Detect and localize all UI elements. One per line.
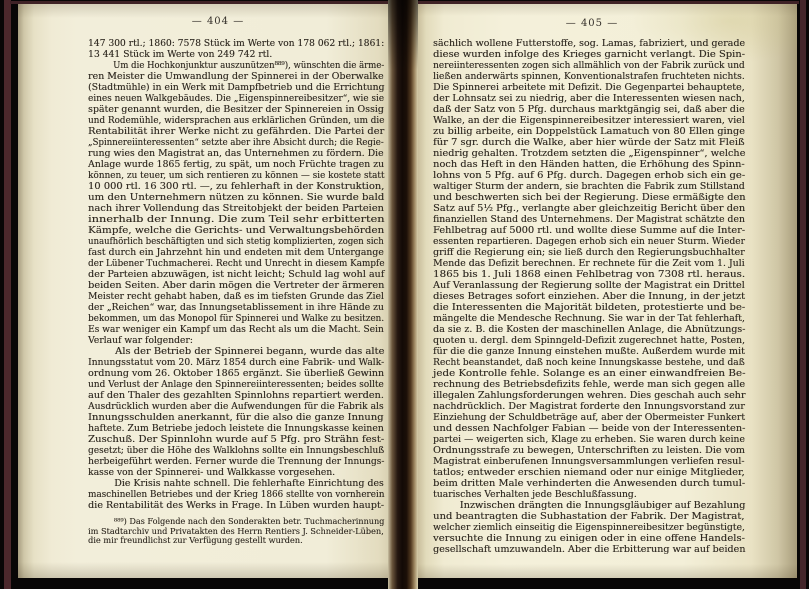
text-line: Satz auf 5½ Pfg., verlangte aber gleichz…: [433, 203, 745, 214]
text-line: der „Reichen“ war, das Innungsetablissem…: [88, 302, 384, 313]
text-line: für 7 sgr. durch die Walke, aber hier wü…: [433, 137, 745, 148]
text-line: um den Unternehmern nützen zu können. Si…: [88, 192, 384, 203]
text-line: bekommen, um das Monopol für Spinnerei u…: [88, 313, 384, 324]
text-line: (Stadtmühle) in ein Werk mit Dampfbetrie…: [88, 82, 384, 93]
page-left-footnote: ⁸⁸⁹) Das Folgende nach den Sonderakten b…: [88, 517, 384, 546]
text-line: nereiinteressenten zogen sich allmählich…: [433, 60, 745, 71]
text-line: da sie z. B. die Kosten der maschinellen…: [433, 324, 745, 335]
text-line: nach ihrer Vollendung das Streitobjekt d…: [88, 203, 384, 214]
text-line: innerhalb der Innung. Die zum Teil sehr …: [88, 214, 384, 225]
text-line: finanziellen Stand des Unternehmens. Der…: [433, 214, 745, 225]
text-line: Recht beanstandet, daß noch keine Innung…: [433, 357, 745, 368]
text-line: Verlauf war folgender:: [88, 335, 384, 346]
text-line: haftete. Zum Betriebe jedoch leistete di…: [88, 423, 384, 434]
text-line: Innungsschulden anerkannt, für die also …: [88, 412, 384, 423]
text-line: Innungsstatut vom 20. März 1854 durch ei…: [88, 357, 384, 368]
text-line: und beschwerten sich bei der Regierung. …: [433, 192, 745, 203]
text-line: Magistrat einberufenen Innungsversammlun…: [433, 456, 745, 467]
text-line: der Lübener Tuchmacherei. Recht und Unre…: [88, 258, 384, 269]
text-line: Fehlbetrag auf 5000 rtl. und wollte dies…: [433, 225, 745, 236]
text-line: später genannt wurden, die Besitzer der …: [88, 104, 384, 115]
text-line: die mir freundlichst zur Verfügung geste…: [88, 536, 384, 546]
text-line: Inzwischen drängten die Innungsgläubiger…: [433, 500, 745, 511]
text-line: Anlage wurde 1865 fertig, zu spät, um no…: [88, 159, 384, 170]
book-spine-shadow: [388, 0, 418, 589]
text-line: Rentabilität ihrer Werke nicht zu gefähr…: [88, 126, 384, 137]
text-line: tuarisches Verhalten jede Beschlußfassun…: [433, 489, 745, 500]
text-line: können, zu teuer, um sich rentieren zu k…: [88, 170, 384, 181]
text-line: Ordnungsstrafe zu bewegen, Unterschrifte…: [433, 445, 745, 456]
text-line: der Parteien abzuwägen, ist nicht leicht…: [88, 269, 384, 280]
page-number-left: — 404 —: [148, 16, 288, 27]
text-line: Um die Hochkonjunktur auszunützen⁸⁸⁹), w…: [88, 60, 384, 71]
text-line: 13 441 Stück im Werte von 249 742 rtl.: [88, 49, 384, 60]
text-line: essenten repartieren. Dagegen erhob sich…: [433, 236, 745, 247]
text-line: herbeigeführt werden. Ferner wurde die T…: [88, 456, 384, 467]
text-line: für die die ganze Innung einstehen mußte…: [433, 346, 745, 357]
text-line: zu billig arbeite, ein Doppelstück Lamat…: [433, 126, 745, 137]
text-line: 10 000 rtl. 16 300 rtl. —, zu fehlerhaft…: [88, 181, 384, 192]
text-line: die Interessenten die Majorität bildeten…: [433, 302, 745, 313]
text-line: Meister recht gehabt haben, daß es im ti…: [88, 291, 384, 302]
page-right-body-text: sächlich wollene Futterstoffe, sog. Lama…: [433, 38, 745, 555]
text-line: welcher ziemlich einseitig die Eigenspin…: [433, 522, 745, 533]
text-line: kasse von der Spinnerei- und Walkkasse v…: [88, 467, 384, 478]
text-line: rechnung des Betriebsdefizits fehle, wer…: [433, 379, 745, 390]
text-line: diese wurden infolge des Krieges garnich…: [433, 49, 745, 60]
text-line: daß der Satz von 5 Pfg. durchaus marktgä…: [433, 104, 745, 115]
text-line: und dessen Nachfolger Fabian — beide von…: [433, 423, 745, 434]
text-line: beiden Seiten. Aber darin mögen die Vert…: [88, 280, 384, 291]
text-line: und Rodemühle, widersprachen aus erklärl…: [88, 115, 384, 126]
text-line: beim dritten Male verhinderten die Anwes…: [433, 478, 745, 489]
text-line: 147 300 rtl.; 1860: 7578 Stück im Werte …: [88, 38, 384, 49]
text-line: Die Spinnerei arbeitete mit Defizit. Die…: [433, 82, 745, 93]
text-line: jede Kontrolle fehle. Solange es an eine…: [433, 368, 745, 379]
text-line: nachdrücklich. Der Magistrat forderte de…: [433, 401, 745, 412]
text-line: mängelte die Mendesche Rechnung. Sie war…: [433, 313, 745, 324]
page-number-right: — 405 —: [522, 18, 662, 29]
text-line: ließen anderwärts spinnen, Konventionals…: [433, 71, 745, 82]
text-line: niedrig gehalten. Trotzdem setzten die „…: [433, 148, 745, 159]
text-line: eines neuen Walkgebäudes. Die „Eigenspin…: [88, 93, 384, 104]
text-line: quoten u. dergl. dem Spinngeld-Defizit z…: [433, 335, 745, 346]
text-line: ordnung vom 26. Oktober 1865 ergänzt. Si…: [88, 368, 384, 379]
text-line: Zuschuß. Der Spinnlohn wurde auf 5 Pfg. …: [88, 434, 384, 445]
text-line: dieses Betrages sofort einziehen. Aber d…: [433, 291, 745, 302]
scan-border-right: [800, 0, 806, 589]
text-line: rung wies den Magistrat an, das Unterneh…: [88, 148, 384, 159]
text-line: 1865 bis 1. Juli 1868 einen Fehlbetrag v…: [433, 269, 745, 280]
text-line: Es war weniger ein Kampf um das Recht al…: [88, 324, 384, 335]
text-line: illegalen Zahlungsforderungen wehren. Di…: [433, 390, 745, 401]
page-left-body-text: 147 300 rtl.; 1860: 7578 Stück im Werte …: [88, 38, 384, 511]
text-line: unaufhörlich beschäftigten und sich stet…: [88, 236, 384, 247]
text-line: versuchte die Innung zu einigen oder in …: [433, 533, 745, 544]
text-line: Kämpfe, welche die Gerichts- und Verwalt…: [88, 225, 384, 236]
book-scan: — 404 — — 405 — 147 300 rtl.; 1860: 7578…: [0, 0, 809, 589]
text-line: noch das Heft in den Händen hatten, die …: [433, 159, 745, 170]
text-line: griff die Regierung ein; sie ließ durch …: [433, 247, 745, 258]
text-line: Mende das Defizit berechnen. Er rechnete…: [433, 258, 745, 269]
text-line: im Stadtarchiv und Privatakten des Herrn…: [88, 527, 384, 537]
text-line: die Rentabilität des Werks in Frage. In …: [88, 500, 384, 511]
text-line: Auf Veranlassung der Regierung sollte de…: [433, 280, 745, 291]
text-line: tatlos; entweder erschien niemand oder n…: [433, 467, 745, 478]
text-line: und beantragten die Subhastation der Fab…: [433, 511, 745, 522]
text-line: Als der Betrieb der Spinnerei begann, wu…: [88, 346, 384, 357]
text-line: Walke, an der die Eigenspinnereibesitzer…: [433, 115, 745, 126]
text-line: Ausdrücklich wurden aber die Aufwendunge…: [88, 401, 384, 412]
text-line: „Spinnereiinteressenten“ setzte aber ihr…: [88, 137, 384, 148]
text-line: lohns von 5 Pfg. auf 6 Pfg. durch. Dageg…: [433, 170, 745, 181]
text-line: der Lohnsatz sei zu niedrig, aber die In…: [433, 93, 745, 104]
text-line: fast durch ein Jahrzehnt hin und endeten…: [88, 247, 384, 258]
text-line: ren Meister die Umwandlung der Spinnerei…: [88, 71, 384, 82]
text-line: waltiger Sturm der andern, sie brachten …: [433, 181, 745, 192]
scan-border-left: [4, 0, 11, 589]
text-line: und Verlust der Anlage den Spinnereiinte…: [88, 379, 384, 390]
text-line: Einziehung der Schuldbeträge auf, aber d…: [433, 412, 745, 423]
text-line: gesetzt; über die Höhe des Walklohns sol…: [88, 445, 384, 456]
text-line: Die Krisis nahte schnell. Die fehlerhaft…: [88, 478, 384, 489]
text-line: partei — weigerten sich, Klage zu erhebe…: [433, 434, 745, 445]
text-line: sächlich wollene Futterstoffe, sog. Lama…: [433, 38, 745, 49]
text-line: maschinellen Betriebes und der Krieg 186…: [88, 489, 384, 500]
text-line: gesellschaft umzuwandeln. Aber die Erbit…: [433, 544, 745, 555]
text-line: auf den Thaler des gezahlten Spinnlohns …: [88, 390, 384, 401]
